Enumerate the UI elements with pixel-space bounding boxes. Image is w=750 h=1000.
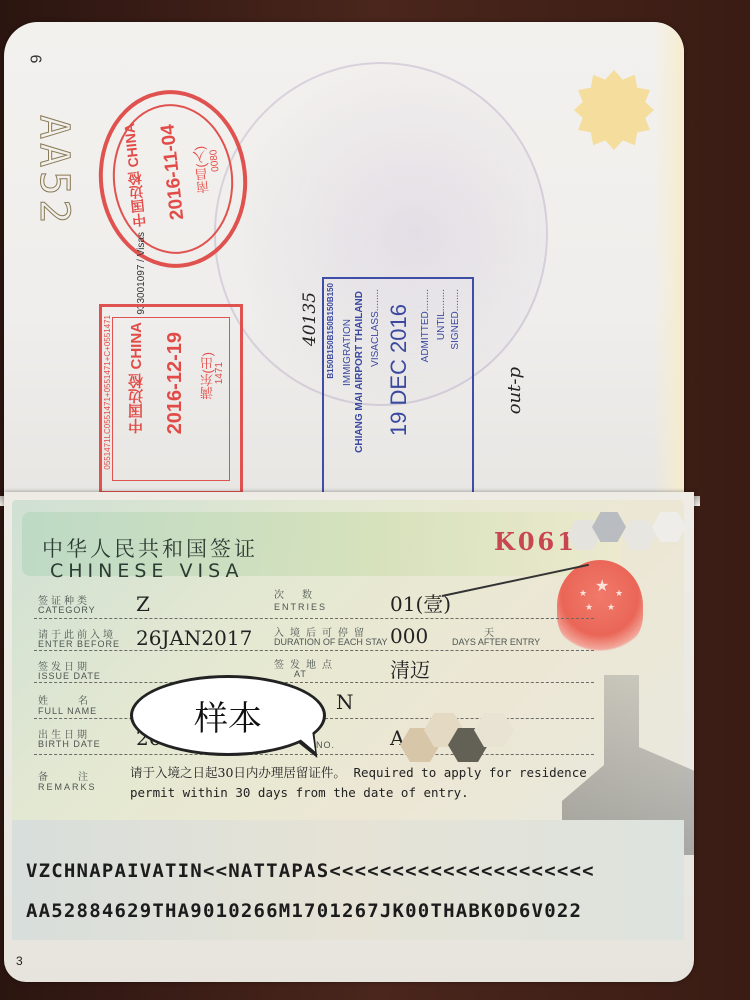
stamp-country: 中国边检 CHINA (126, 322, 147, 434)
field-row-enter-before: 请于此前入境 ENTER BEFORE 26JAN2017 入境后可停留 DUR… (34, 620, 594, 651)
field-row-issue-date: 签发日期 ISSUE DATE 签发地点 AT 清迈 (34, 652, 594, 683)
stamp-code: 1471 (214, 362, 225, 384)
passport-page-lower: 中华人民共和国签证 CHINESE VISA K061 ★ ★ ★ ★ ★ 签证… (4, 492, 694, 982)
visa-title-en: CHINESE VISA (50, 560, 244, 582)
handwritten-number: 40135 (300, 292, 320, 346)
redaction-hex (622, 520, 656, 550)
issued-at-value: 清迈 (390, 654, 430, 683)
page-number-lower: 3 (16, 954, 23, 968)
category-value: Z (136, 592, 150, 616)
punched-serial: AA52 (24, 122, 84, 452)
redaction-hex (652, 512, 686, 542)
enter-before-value: 26JAN2017 (136, 626, 252, 650)
stamp-border-text: 0551471LC0551471+0551471+C+0551471 (103, 315, 112, 470)
mrz-line-1: VZCHNAPAIVATIN<<NATTAPAS<<<<<<<<<<<<<<<<… (26, 860, 595, 882)
stamp-border-text: B150B150B150B150B150 (326, 283, 335, 379)
side-serial: 933001097 / Visas (136, 232, 147, 315)
stamp-code: 0080 (208, 149, 221, 172)
page-edge (654, 22, 684, 500)
duration-value: 000 (390, 624, 428, 648)
chinese-visa-sticker: 中华人民共和国签证 CHINESE VISA K061 ★ ★ ★ ★ ★ 签证… (12, 500, 684, 940)
remarks-text: 请于入境之日起30日内办理居留证件。 Required to apply for… (130, 763, 587, 803)
field-row-category: 签证种类 CATEGORY Z 次数 ENTRIES 01(壹) (34, 592, 594, 619)
visa-title-cn: 中华人民共和国签证 (42, 533, 258, 563)
gold-seal-icon (574, 70, 654, 150)
machine-readable-zone: VZCHNAPAIVATIN<<NATTAPAS<<<<<<<<<<<<<<<<… (12, 820, 684, 940)
china-exit-stamp: 0551471LC0551471+0551471+C+0551471 中国边检 … (99, 304, 243, 494)
entries-value: 01(壹) (390, 588, 451, 617)
stamp-date: 2016-12-19 (164, 332, 187, 434)
thailand-immigration-stamp: B150B150B150B150B150 IMMIGRATION CHIANG … (322, 277, 474, 500)
page-number-upper: 6 (25, 55, 43, 64)
stamp-date: 19 DEC 2016 (386, 304, 412, 436)
handwritten-note: out-p (504, 367, 525, 414)
full-name-value: N (336, 690, 354, 714)
mrz-line-2: AA52884629THA9010266M1701267JK00THABK0D6… (26, 900, 582, 922)
passport-page-upper: 6 AA52 中国边检 CHINA 2016-11-04 南昌(入) 0080 … (4, 22, 684, 500)
visa-number: K061 (494, 527, 577, 556)
